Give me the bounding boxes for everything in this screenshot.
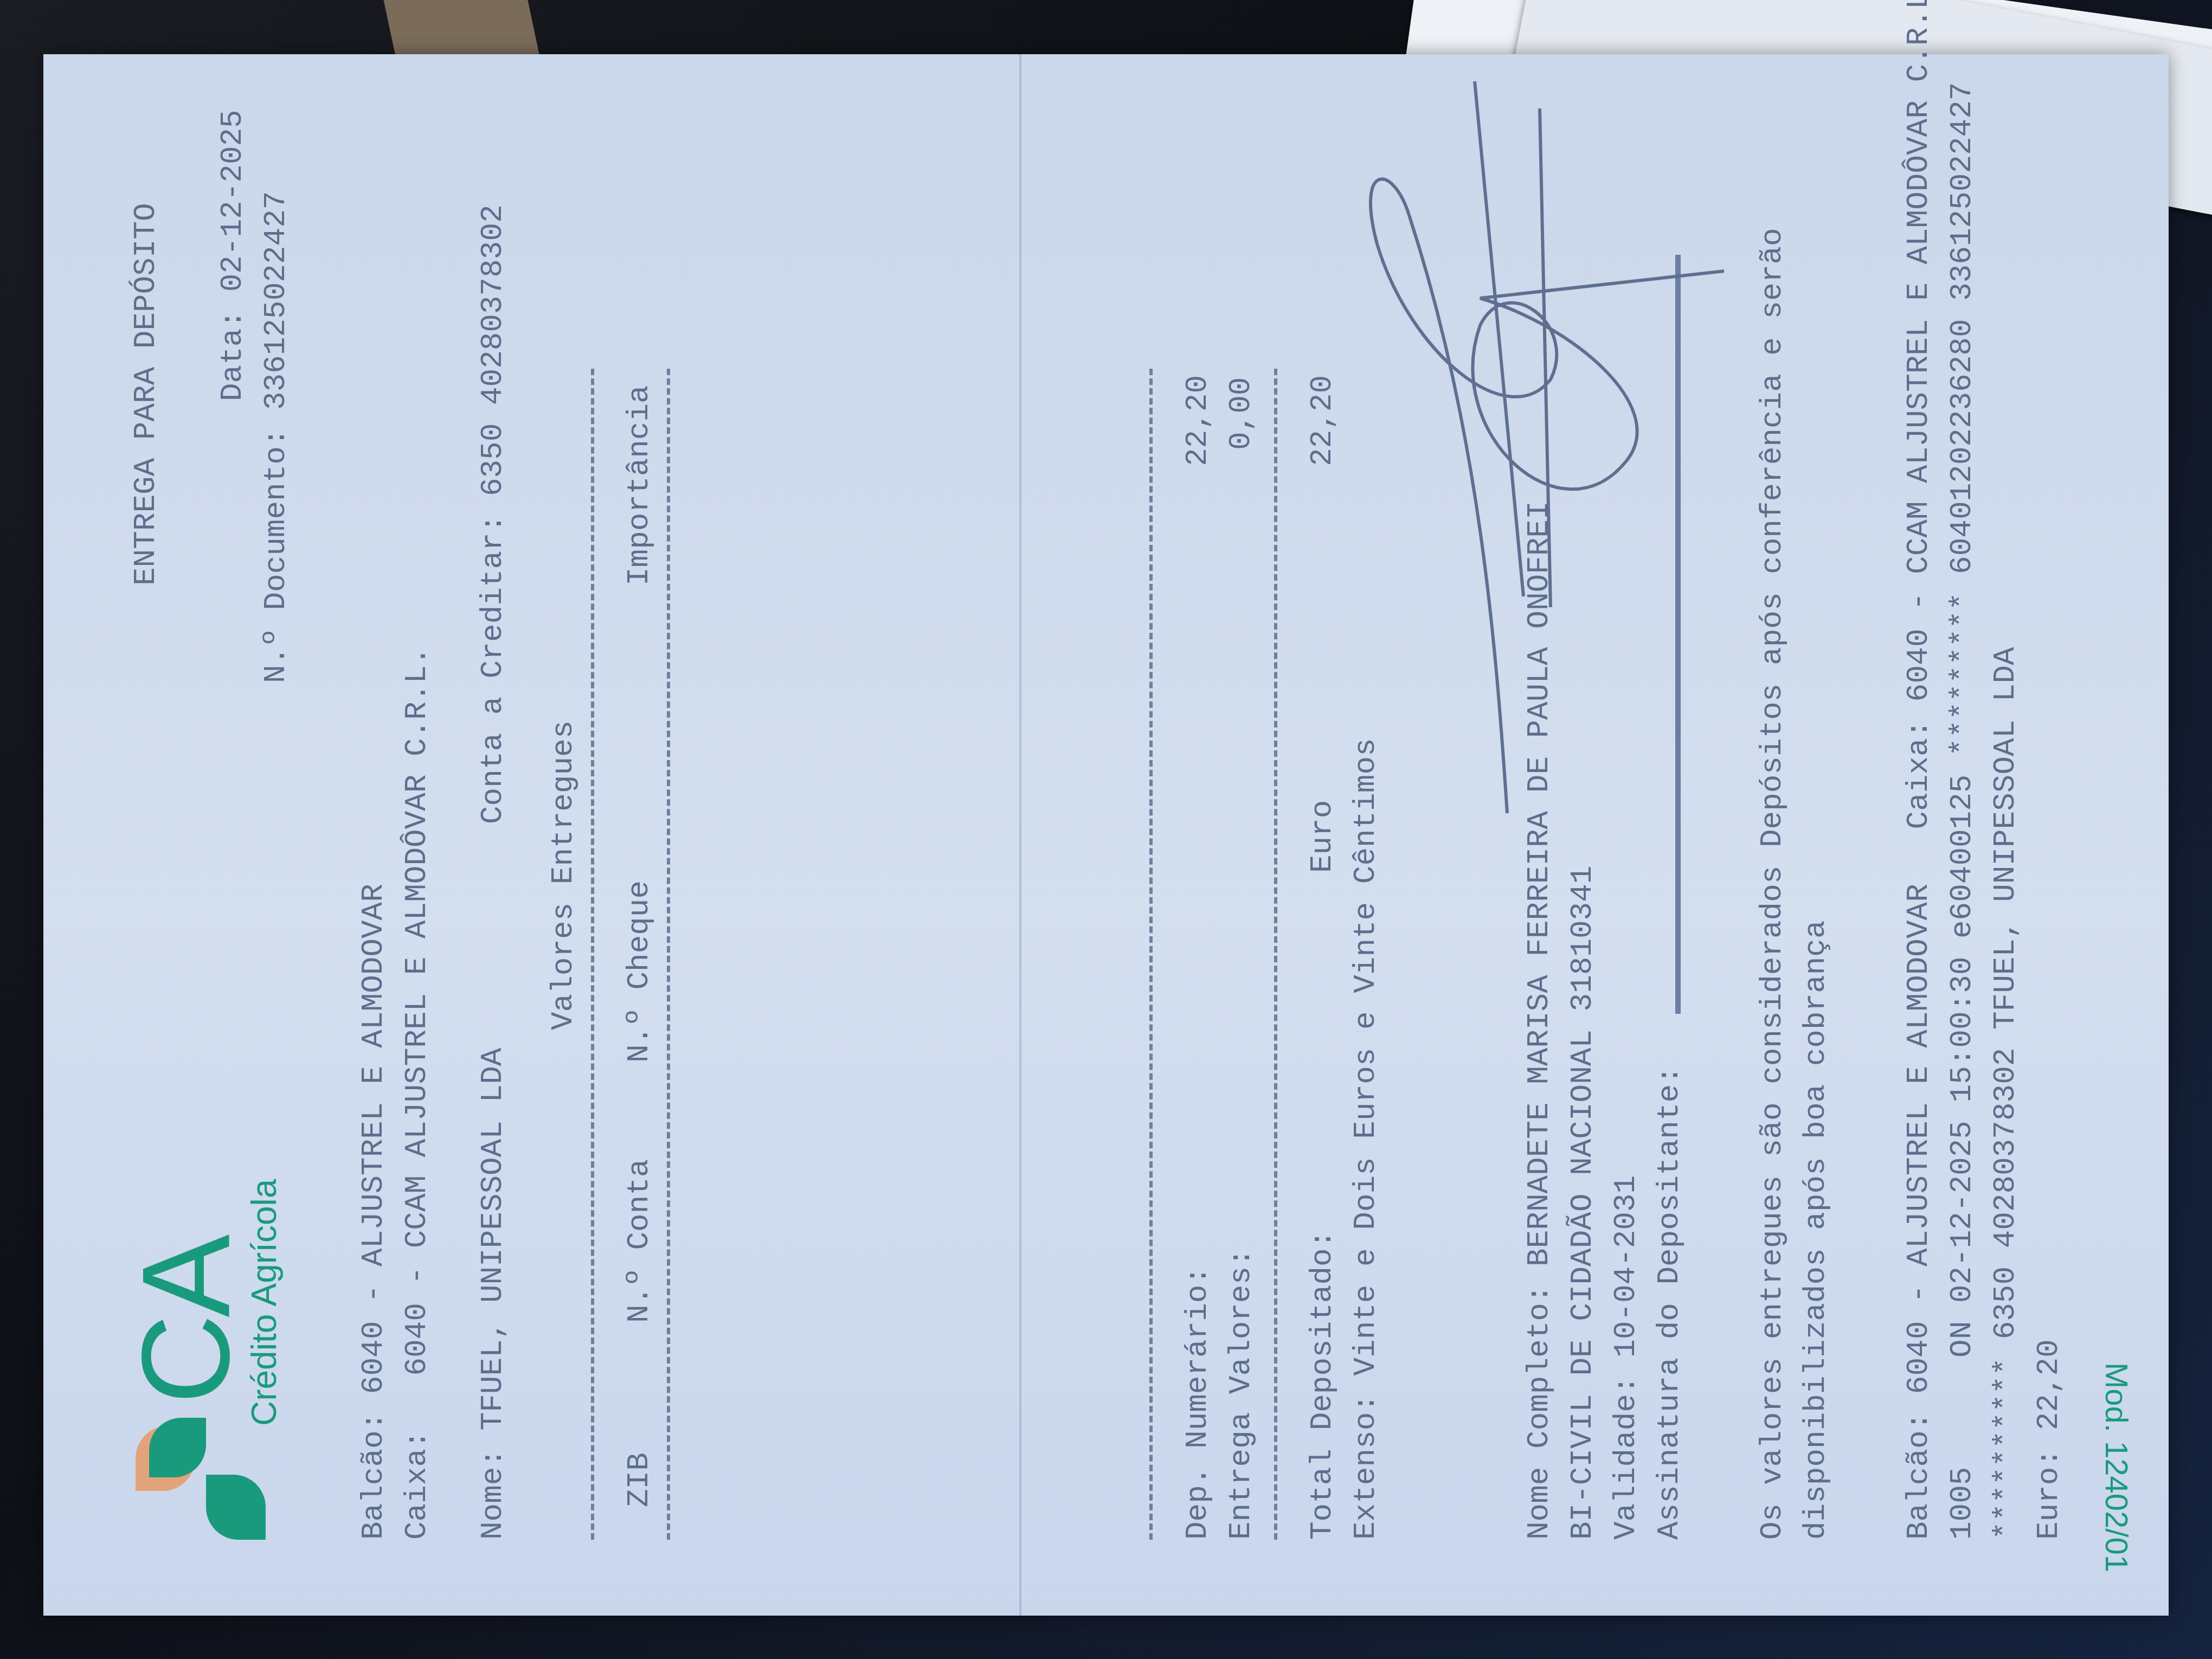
dep-numerario-label: Dep. Numerário: [1176, 1266, 1219, 1540]
nome-value: TFUEL, UNIPESSOAL LDA [475, 1048, 510, 1431]
values-title: Valores Entregues [542, 721, 584, 1030]
logo-text: CA [114, 1237, 258, 1404]
validade-row: Validade: 10-04-2031 [1605, 1175, 1647, 1540]
divider [1274, 369, 1277, 1540]
doc-number-value: 336125022427 [259, 191, 293, 410]
conta-label: Conta a Creditar: [475, 515, 510, 824]
dep-numerario-value: 22,20 [1176, 375, 1219, 466]
disclaimer-line1: Os valores entregues são considerados De… [1751, 228, 1793, 1540]
leaf-icon [149, 1418, 206, 1477]
assinatura-label: Assinatura do Depositante: [1648, 1066, 1690, 1540]
date-value: 02-12-2025 [215, 110, 250, 292]
extenso-label: Extenso: [1348, 1394, 1383, 1540]
divider [591, 369, 594, 1540]
caixa-label: Caixa: [400, 1430, 434, 1540]
paper-fold [1019, 54, 1021, 1616]
depositor-id: BI-CIVIL DE CIDADÃO NACIONAL 31810341 [1561, 866, 1604, 1540]
depositor-name-label: Nome Completo: [1522, 1285, 1557, 1540]
form-code: Mod. 12402/01 [2098, 1362, 2134, 1572]
doc-number-label: N.º Documento: [259, 428, 293, 683]
divider [667, 369, 670, 1540]
col-importancia: Importância [618, 385, 660, 586]
deposit-receipt: CA Crédito Agrícola ENTREGA PARA DEPÓSIT… [43, 54, 2169, 1616]
validade-label: Validade: [1609, 1376, 1643, 1540]
conta-value: 6350 40280378302 [475, 204, 510, 496]
conta-row: Conta a Creditar: 6350 40280378302 [472, 204, 514, 824]
entrega-valores-label: Entrega Valores: [1220, 1248, 1262, 1540]
footer-line3: ********** 6350 40280378302 TFUEL, UNIPE… [1984, 647, 2027, 1540]
caixa-value: 6040 - CCAM ALJUSTREL E ALMODÔVAR C.R.L. [400, 647, 434, 1375]
document-title: ENTREGA PARA DEPÓSITO [125, 203, 167, 586]
footer-line2: 1005 ON 02-12-2025 15:00:30 e60400125 **… [1941, 82, 1983, 1540]
balcao-label: Balcão: [356, 1412, 391, 1540]
brand-name: Crédito Agrícola [244, 1179, 284, 1426]
total-label: Total Depositado: [1301, 1230, 1343, 1540]
footer-line1: Balcão: 6040 - ALJUSTREL E ALMODOVAR Cai… [1898, 0, 1940, 1540]
currency-label: Euro [1301, 800, 1343, 873]
divider [1149, 369, 1153, 1540]
entrega-valores-value: 0,00 [1220, 377, 1262, 450]
extenso-value: Vinte e Dois Euros e Vinte Cêntimos [1348, 738, 1383, 1375]
doc-number-row: N.º Documento: 336125022427 [255, 191, 297, 683]
balcao-row: Balcão: 6040 - ALJUSTREL E ALMODOVAR [352, 884, 395, 1540]
validade-value: 10-04-2031 [1609, 1175, 1643, 1358]
disclaimer-line2: disponibilizados após boa cobrança [1795, 920, 1837, 1540]
handwritten-signature [1345, 54, 1724, 813]
total-value: 22,20 [1301, 375, 1343, 466]
nome-label: Nome: [475, 1449, 510, 1540]
col-cheque: N.º Cheque [618, 880, 660, 1063]
credito-agricola-logo: CA Crédito Agrícola [130, 1160, 293, 1540]
balcao-value: 6040 - ALJUSTREL E ALMODOVAR [356, 884, 391, 1394]
date-row: Data: 02-12-2025 [211, 110, 254, 401]
nome-row: Nome: TFUEL, UNIPESSOAL LDA [472, 1048, 514, 1540]
leaf-icon [206, 1475, 266, 1540]
extenso-row: Extenso: Vinte e Dois Euros e Vinte Cênt… [1345, 738, 1387, 1540]
col-zib: ZIB [618, 1452, 660, 1507]
footer-line4: Euro: 22,20 [2028, 1339, 2070, 1540]
col-conta: N.º Conta [618, 1159, 660, 1323]
date-label: Data: [215, 310, 250, 401]
caixa-row: Caixa: 6040 - CCAM ALJUSTREL E ALMODÔVAR… [396, 647, 438, 1540]
